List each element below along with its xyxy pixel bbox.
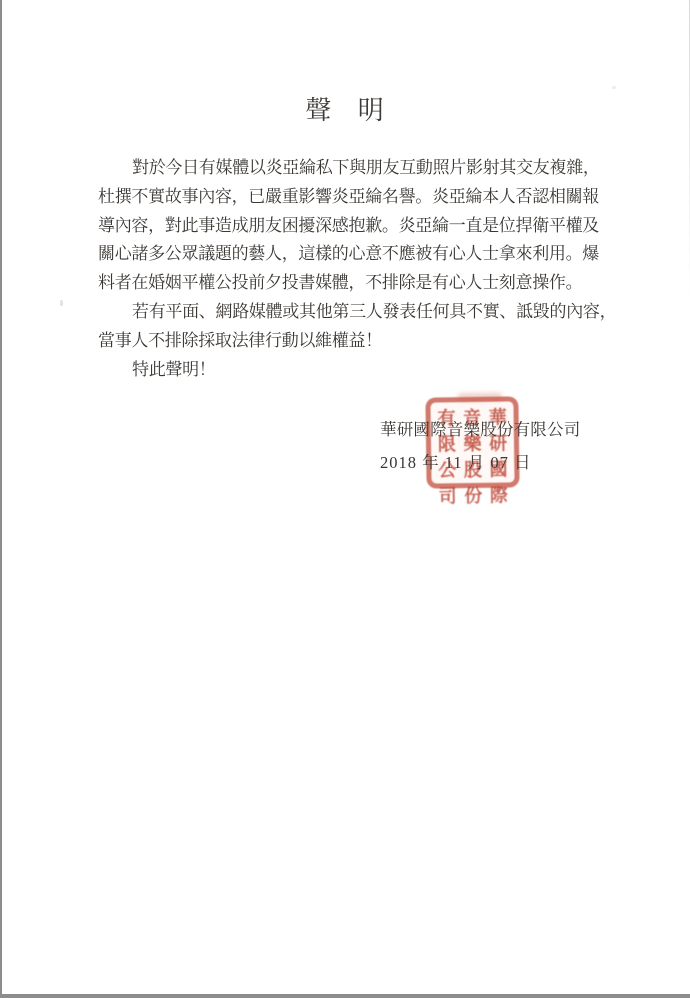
signature-block: 華研國際音樂股份有限公司 2018 年 11 月 07 日 <box>380 420 580 473</box>
statement-body: 對於今日有媒體以炎亞綸私下與朋友互動照片影射其交友複雜， 杜撰不實故事內容，已嚴… <box>98 154 608 384</box>
scan-speck <box>612 86 616 89</box>
company-name: 華研國際音樂股份有限公司 <box>380 420 580 440</box>
seal-ink-smudge <box>457 393 503 402</box>
body-line: 對於今日有媒體以炎亞綸私下與朋友互動照片影射其交友複雜， <box>98 154 608 183</box>
body-line: 料者在婚姻平權公投前夕投書媒體，不排除是有心人士刻意操作。 <box>98 269 608 298</box>
body-line: 若有平面、網路媒體或其他第三人發表任何具不實、詆毀的內容， <box>98 298 608 327</box>
body-line: 特此聲明！ <box>98 356 608 385</box>
body-line: 杜撰不實故事內容，已嚴重影響炎亞綸名譽。炎亞綸本人否認相關報 <box>98 183 608 212</box>
body-line: 導內容，對此事造成朋友困擾深感抱歉。炎亞綸一直是位捍衛平權及 <box>98 212 608 241</box>
statement-date: 2018 年 11 月 07 日 <box>380 453 580 473</box>
page-edge-left <box>0 0 2 998</box>
body-line: 當事人不排除採取法律行動以維權益！ <box>98 327 608 356</box>
seal-cell: 司 <box>435 482 461 508</box>
seal-cell: 際 <box>486 481 512 507</box>
page-edge-bottom <box>0 994 690 998</box>
body-line: 關心諸多公眾議題的藝人，這樣的心意不應被有心人士拿來利用。爆 <box>98 240 608 269</box>
document-page: 聲 明 對於今日有媒體以炎亞綸私下與朋友互動照片影射其交友複雜， 杜撰不實故事內… <box>0 0 690 998</box>
seal-cell: 份 <box>460 482 486 508</box>
scan-speck <box>60 300 63 306</box>
statement-title: 聲 明 <box>0 90 690 127</box>
